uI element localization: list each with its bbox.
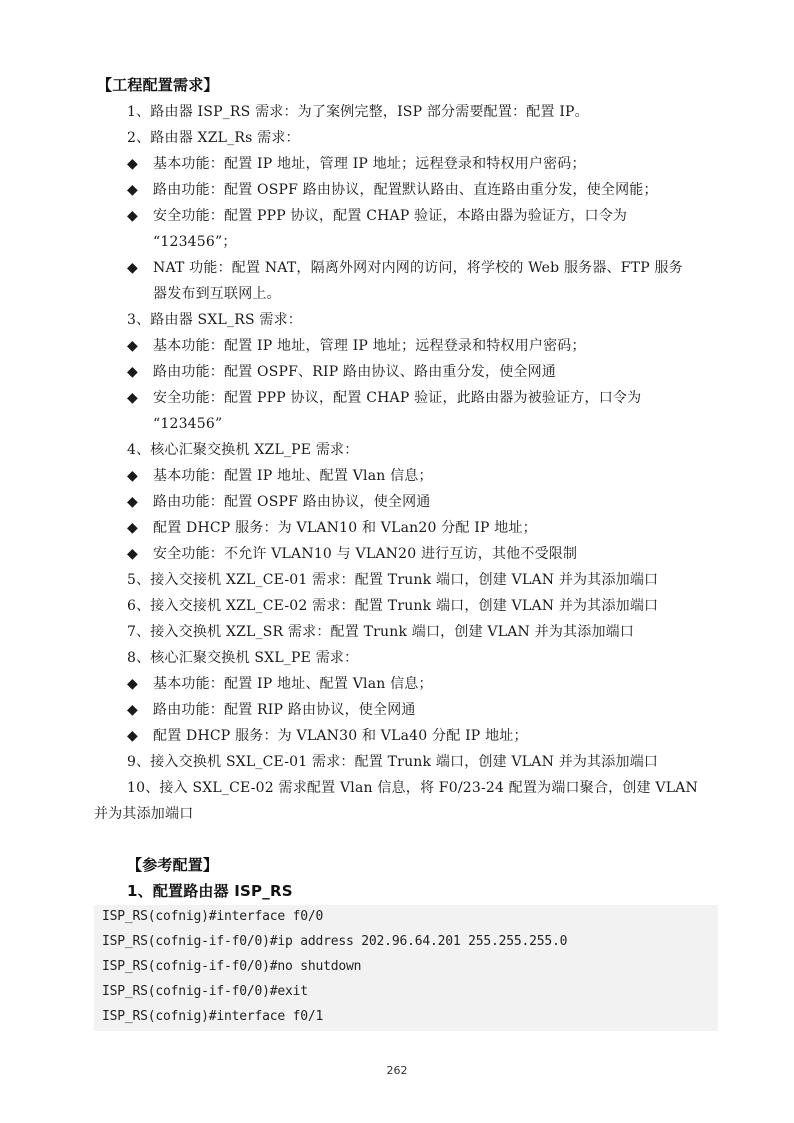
requirement-bullet: ◆安全功能：不允许 VLAN10 与 VLAN20 进行互访，其他不受限制 <box>127 544 577 564</box>
code-block: ISP_RS(cofnig)#interface f0/0 ISP_RS(cof… <box>94 905 718 1031</box>
bullet-text: 路由功能：配置 RIP 路由协议，使全网通 <box>153 702 416 718</box>
requirement-item: 10、接入 SXL_CE-02 需求配置 Vlan 信息，将 F0/23-24 … <box>127 778 698 798</box>
requirement-item: 2、路由器 XZL_Rs 需求： <box>127 128 300 148</box>
bullet-text: 路由功能：配置 OSPF 路由协议，配置默认路由、直连路由重分发，使全网能； <box>153 182 658 198</box>
diamond-bullet-icon: ◆ <box>127 518 153 538</box>
requirement-item: 5、接入交接机 XZL_CE-01 需求：配置 Trunk 端口，创建 VLAN… <box>127 570 658 590</box>
code-line: ISP_RS(cofnig-if-f0/0)#ip address 202.96… <box>102 932 567 952</box>
bullet-text: NAT 功能：配置 NAT，隔离外网对内网的访问，将学校的 Web 服务器、FT… <box>153 260 683 276</box>
diamond-bullet-icon: ◆ <box>127 544 153 564</box>
diamond-bullet-icon: ◆ <box>127 206 153 226</box>
diamond-bullet-icon: ◆ <box>127 388 153 408</box>
bullet-text: 基本功能：配置 IP 地址，管理 IP 地址；远程登录和特权用户密码； <box>153 338 586 354</box>
diamond-bullet-icon: ◆ <box>127 700 153 720</box>
page-number: 262 <box>0 1064 794 1077</box>
requirement-bullet: ◆配置 DHCP 服务：为 VLAN10 和 VLan20 分配 IP 地址； <box>127 518 537 538</box>
requirement-bullet: ◆基本功能：配置 IP 地址、配置 Vlan 信息； <box>127 674 433 694</box>
bullet-text: 路由功能：配置 OSPF 路由协议，使全网通 <box>153 494 431 510</box>
reference-subheading: 1、配置路由器 ISP_RS <box>127 881 293 901</box>
bullet-text: 安全功能：配置 PPP 协议，配置 CHAP 验证，此路由器为被验证方，口令为 <box>153 390 641 406</box>
requirement-bullet: ◆基本功能：配置 IP 地址、配置 Vlan 信息； <box>127 466 433 486</box>
document-page: 【工程配置需求】 1、路由器 ISP_RS 需求：为了案例完整，ISP 部分需要… <box>0 0 794 1123</box>
diamond-bullet-icon: ◆ <box>127 466 153 486</box>
diamond-bullet-icon: ◆ <box>127 492 153 512</box>
diamond-bullet-icon: ◆ <box>127 362 153 382</box>
bullet-text: 配置 DHCP 服务：为 VLAN30 和 VLa40 分配 IP 地址； <box>153 728 528 744</box>
bullet-text: 配置 DHCP 服务：为 VLAN10 和 VLan20 分配 IP 地址； <box>153 520 537 536</box>
bullet-text: 安全功能：不允许 VLAN10 与 VLAN20 进行互访，其他不受限制 <box>153 546 577 562</box>
requirement-item: 8、核心汇聚交换机 SXL_PE 需求： <box>127 648 358 668</box>
requirement-bullet: ◆路由功能：配置 OSPF 路由协议，使全网通 <box>127 492 431 512</box>
bullet-text: 基本功能：配置 IP 地址、配置 Vlan 信息； <box>153 468 433 484</box>
code-line: ISP_RS(cofnig-if-f0/0)#exit <box>102 982 308 1002</box>
requirement-bullet: ◆NAT 功能：配置 NAT，隔离外网对内网的访问，将学校的 Web 服务器、F… <box>127 258 683 278</box>
requirement-item: 9、接入交换机 SXL_CE-01 需求：配置 Trunk 端口，创建 VLAN… <box>127 752 658 772</box>
code-line: ISP_RS(cofnig-if-f0/0)#no shutdown <box>102 957 361 977</box>
diamond-bullet-icon: ◆ <box>127 726 153 746</box>
requirement-item: 7、接入交换机 XZL_SR 需求：配置 Trunk 端口，创建 VLAN 并为… <box>127 622 634 642</box>
requirement-bullet: ◆路由功能：配置 RIP 路由协议，使全网通 <box>127 700 416 720</box>
bullet-continuation: 器发布到互联网上。 <box>153 284 281 304</box>
code-line: ISP_RS(cofnig)#interface f0/0 <box>102 907 323 927</box>
code-line: ISP_RS(cofnig)#interface f0/1 <box>102 1007 323 1027</box>
diamond-bullet-icon: ◆ <box>127 336 153 356</box>
bullet-continuation: “123456”； <box>153 232 237 252</box>
bullet-continuation: “123456” <box>153 414 222 434</box>
diamond-bullet-icon: ◆ <box>127 258 153 278</box>
requirement-bullet: ◆基本功能：配置 IP 地址，管理 IP 地址；远程登录和特权用户密码； <box>127 336 586 356</box>
requirement-item: 6、接入交接机 XZL_CE-02 需求：配置 Trunk 端口，创建 VLAN… <box>127 596 658 616</box>
requirement-bullet: ◆配置 DHCP 服务：为 VLAN30 和 VLa40 分配 IP 地址； <box>127 726 528 746</box>
diamond-bullet-icon: ◆ <box>127 154 153 174</box>
requirement-item: 3、路由器 SXL_RS 需求： <box>127 310 302 330</box>
bullet-text: 基本功能：配置 IP 地址，管理 IP 地址；远程登录和特权用户密码； <box>153 156 586 172</box>
requirement-bullet: ◆路由功能：配置 OSPF 路由协议，配置默认路由、直连路由重分发，使全网能； <box>127 180 658 200</box>
diamond-bullet-icon: ◆ <box>127 674 153 694</box>
bullet-text: 基本功能：配置 IP 地址、配置 Vlan 信息； <box>153 676 433 692</box>
requirements-heading: 【工程配置需求】 <box>97 75 219 95</box>
requirement-bullet: ◆基本功能：配置 IP 地址，管理 IP 地址；远程登录和特权用户密码； <box>127 154 586 174</box>
requirement-bullet: ◆路由功能：配置 OSPF、RIP 路由协议、路由重分发，使全网通 <box>127 362 556 382</box>
requirement-item: 1、路由器 ISP_RS 需求：为了案例完整，ISP 部分需要配置：配置 IP。 <box>127 102 589 122</box>
requirement-bullet: ◆安全功能：配置 PPP 协议，配置 CHAP 验证，此路由器为被验证方，口令为 <box>127 388 641 408</box>
requirement-bullet: ◆安全功能：配置 PPP 协议，配置 CHAP 验证，本路由器为验证方，口令为 <box>127 206 627 226</box>
requirement-item: 4、核心汇聚交换机 XZL_PE 需求： <box>127 440 358 460</box>
bullet-text: 安全功能：配置 PPP 协议，配置 CHAP 验证，本路由器为验证方，口令为 <box>153 208 627 224</box>
diamond-bullet-icon: ◆ <box>127 180 153 200</box>
requirement-wrap: 并为其添加端口 <box>94 804 193 824</box>
bullet-text: 路由功能：配置 OSPF、RIP 路由协议、路由重分发，使全网通 <box>153 364 556 380</box>
reference-heading: 【参考配置】 <box>127 855 218 875</box>
